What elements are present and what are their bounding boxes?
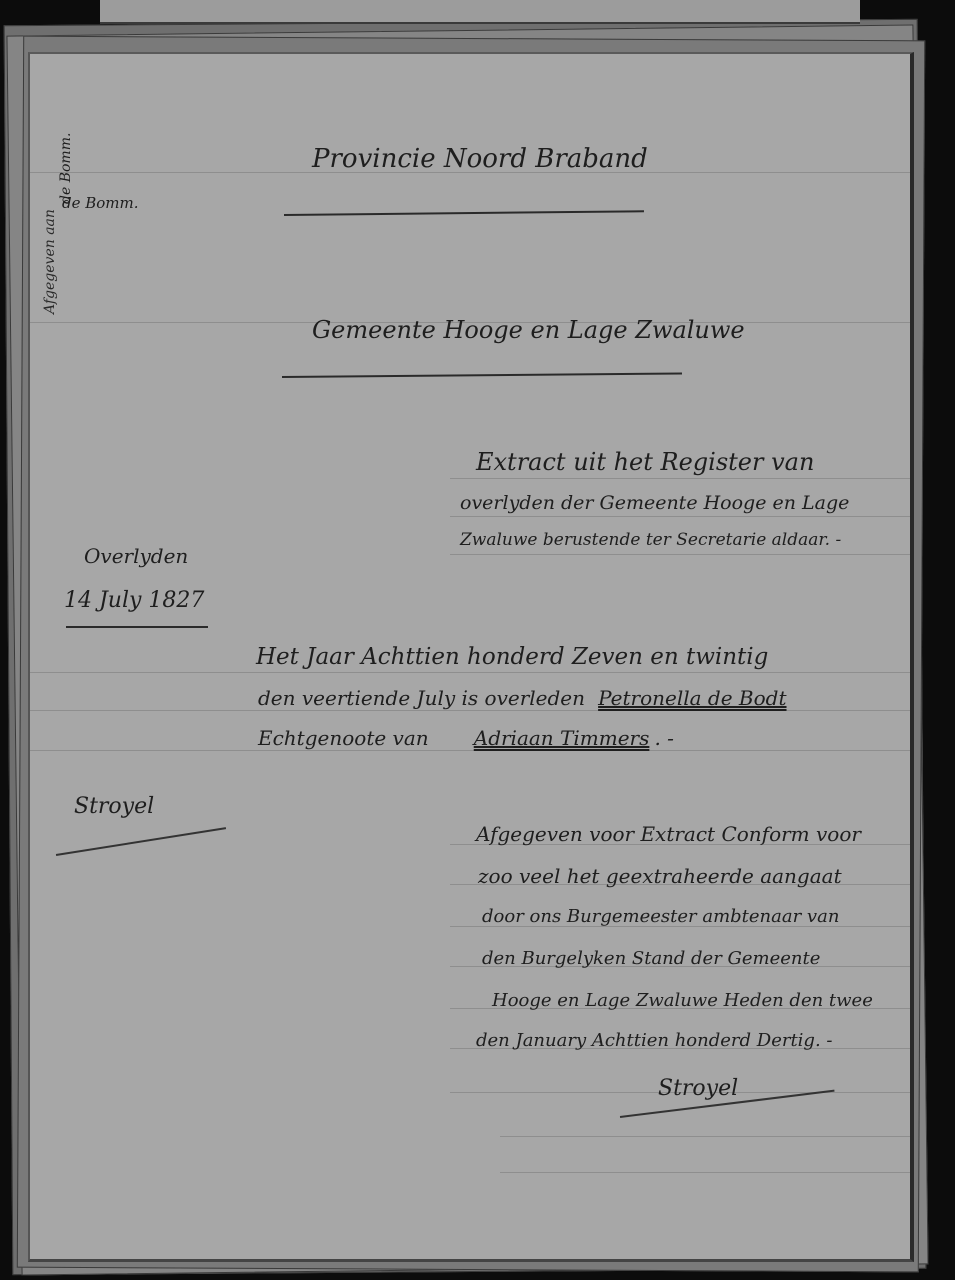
province-underline <box>284 210 644 216</box>
signature-flourish <box>56 827 226 855</box>
certification-line-6: den January Achttien honderd Dertig. - <box>476 1030 832 1051</box>
official-signature: Stroyel <box>658 1076 738 1101</box>
body-line-2: den veertiende July is overleden Petrone… <box>258 686 787 710</box>
intro-line-2: overlyden der Gemeente Hooge en Lage <box>460 492 849 514</box>
ruling-line <box>450 478 910 479</box>
margin-annotation: de Bomm. <box>62 194 139 212</box>
body-line-3: Echtgenoote van Adriaan Timmers . - <box>258 726 674 750</box>
certification-line-3: door ons Burgemeester ambtenaar van <box>482 906 839 927</box>
municipality-underline <box>282 373 682 378</box>
body-line-2-text: den veertiende July is overleden <box>258 686 585 710</box>
death-date: 14 July 1827 <box>64 588 204 613</box>
body-line-3-text: Echtgenoote van <box>258 726 429 750</box>
document-page: Afgegeven aan de Bomm. de Bomm. Provinci… <box>28 52 914 1262</box>
margin-signature: Stroyel <box>74 794 154 819</box>
ruling-line <box>450 516 910 517</box>
ruling-line <box>500 1136 910 1137</box>
deceased-name: Petronella de Bodt <box>598 686 786 710</box>
death-label: Overlyden <box>84 544 188 568</box>
certification-line-5: Hooge en Lage Zwaluwe Heden den twee <box>492 990 873 1011</box>
municipality-heading: Gemeente Hooge en Lage Zwaluwe <box>312 316 745 344</box>
certification-line-4: den Burgelyken Stand der Gemeente <box>482 948 820 969</box>
intro-line-1: Extract uit het Register van <box>476 448 814 476</box>
ruling-line <box>30 750 910 751</box>
body-line-3-suffix: . - <box>654 726 673 750</box>
ruling-line <box>30 710 910 711</box>
ruling-line <box>30 672 910 673</box>
margin-vertical-note: Afgegeven aan <box>42 209 58 314</box>
certification-line-2: zoo veel het geextraheerde aangaat <box>478 864 842 888</box>
province-heading: Provincie Noord Braband <box>312 144 648 174</box>
intro-line-3: Zwaluwe berustende ter Secretarie aldaar… <box>460 530 841 550</box>
death-date-underline <box>66 626 208 628</box>
ruling-line <box>450 554 910 555</box>
certification-line-1: Afgegeven voor Extract Conform voor <box>476 822 861 846</box>
body-line-1: Het Jaar Achttien honderd Zeven en twint… <box>256 644 768 670</box>
ruling-line <box>500 1172 910 1173</box>
spouse-name: Adriaan Timmers <box>474 726 650 750</box>
curled-top-sheet <box>100 0 860 24</box>
